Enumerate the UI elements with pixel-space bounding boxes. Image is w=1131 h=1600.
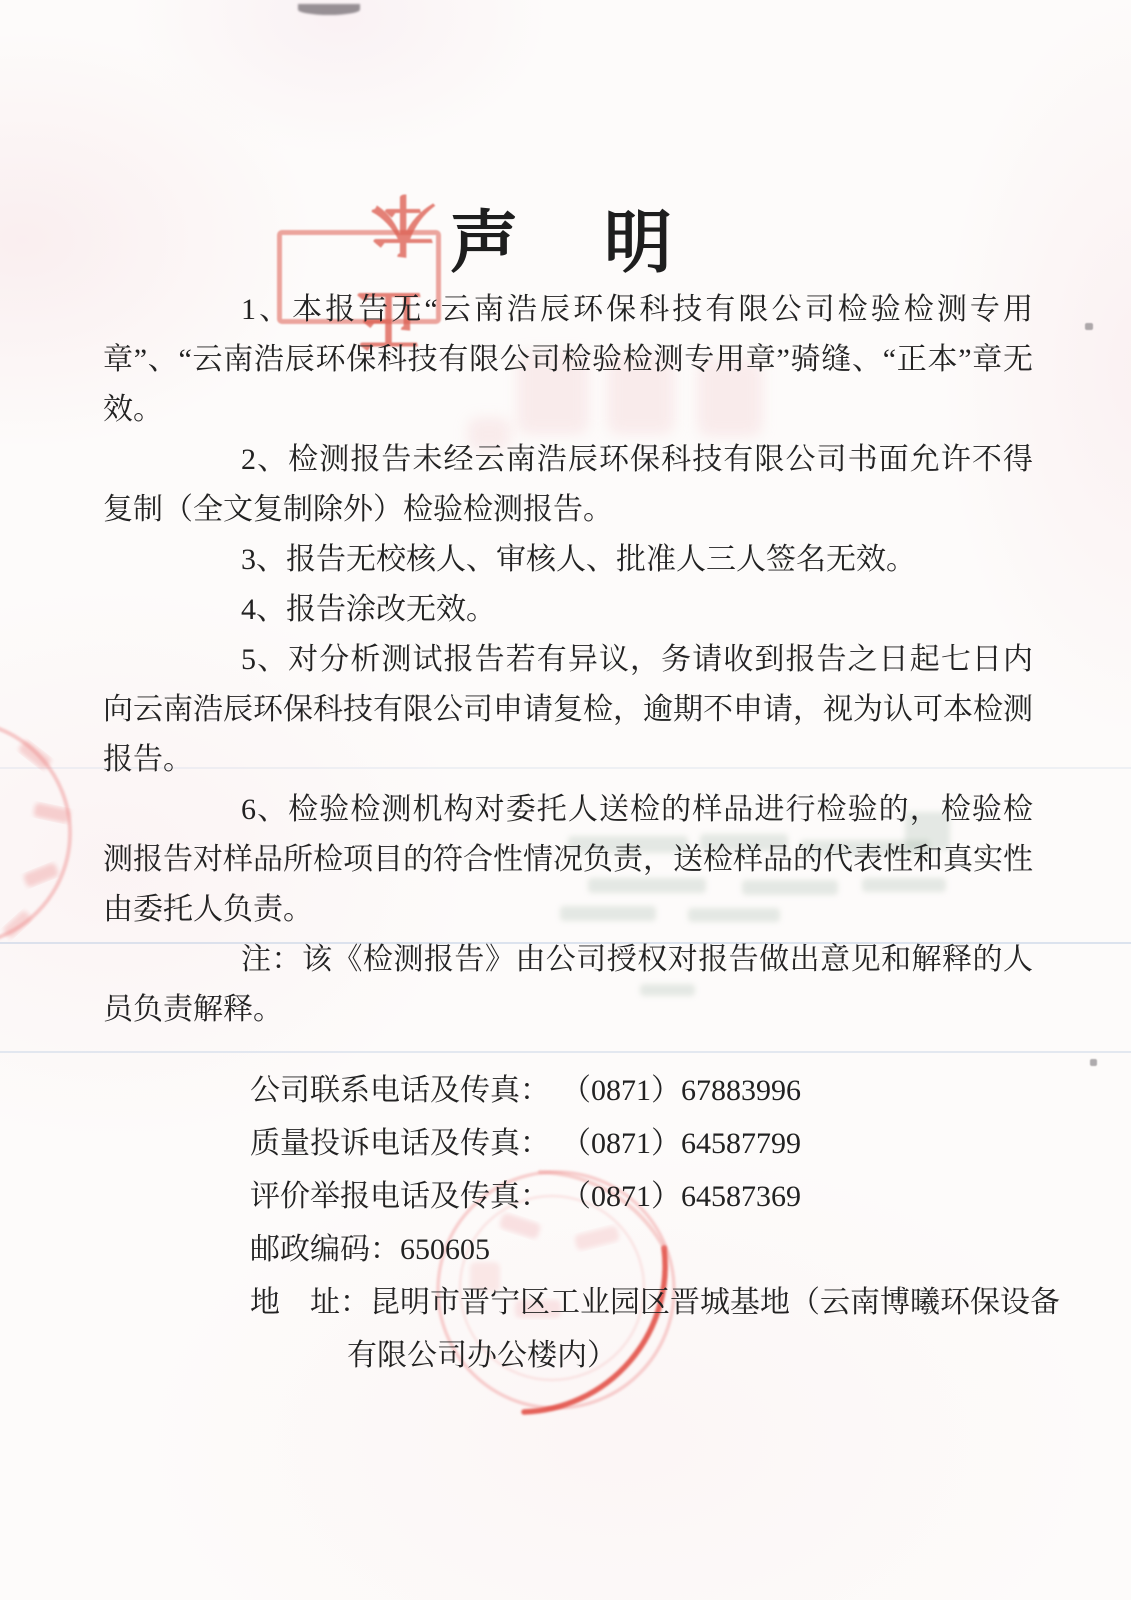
contact-row-quality-complaint-phone: 质量投诉电话及传真：（0871）64587799: [250, 1117, 1050, 1170]
paragraph-1: 1、本报告无“云南浩辰环保科技有限公司检验检测专用章”、“云南浩辰环保科技有限公…: [103, 285, 1033, 435]
paragraph-5: 5、对分析测试报告若有异议，务请收到报告之日起七日内向云南浩辰环保科技有限公司申…: [103, 635, 1033, 785]
contact-row-address-line2: 有限公司办公楼内）: [250, 1329, 1050, 1382]
contact-row-postal-code: 邮政编码：650605: [250, 1223, 1050, 1276]
contact-info: 公司联系电话及传真：（0871）67883996 质量投诉电话及传真：（0871…: [250, 1064, 1050, 1382]
paragraph-6: 6、检验检测机构对委托人送检的样品进行检验的，检验检测报告对样品所检项目的符合性…: [103, 785, 1033, 935]
paragraph-3: 3、报告无校核人、审核人、批准人三人签名无效。: [103, 535, 1033, 585]
contact-value: 昆明市晋宁区工业园区晋城基地（云南博曦环保设备: [370, 1286, 1060, 1319]
contact-value: （0871）64587799: [576, 1127, 801, 1160]
contact-label: 质量投诉电话及传真：: [250, 1127, 550, 1160]
declaration-body: 1、本报告无“云南浩辰环保科技有限公司检验检测专用章”、“云南浩辰环保科技有限公…: [103, 285, 1033, 1035]
paragraph-2: 2、检测报告未经云南浩辰环保科技有限公司书面允许不得复制（全文复制除外）检验检测…: [103, 435, 1033, 535]
contact-value: 有限公司办公楼内）: [347, 1339, 617, 1372]
contact-label: 公司联系电话及传真：: [250, 1074, 550, 1107]
contact-value: （0871）64587369: [576, 1180, 801, 1213]
scanned-declaration-page: 正本 声 明 1、本报告无“云南浩辰环保科技有限公司检验检测专用章”、“云南浩辰…: [0, 0, 1131, 1600]
contact-value: 650605: [400, 1233, 490, 1266]
scan-line: [0, 1051, 1131, 1053]
contact-label: 地 址：: [250, 1286, 370, 1319]
contact-row-report-phone: 评价举报电话及传真：（0871）64587369: [250, 1170, 1050, 1223]
contact-label: 评价举报电话及传真：: [250, 1180, 550, 1213]
paragraph-note: 注：该《检测报告》由公司授权对报告做出意见和解释的人员负责解释。: [103, 935, 1033, 1035]
paragraph-4: 4、报告涂改无效。: [103, 585, 1033, 635]
left-edge-seal: [0, 721, 71, 945]
page-title: 声 明: [0, 203, 1131, 283]
scan-speck: [1085, 323, 1093, 330]
scan-speck: [1090, 1059, 1097, 1066]
contact-row-address-line1: 地 址：昆明市晋宁区工业园区晋城基地（云南博曦环保设备: [250, 1276, 1050, 1329]
scan-artifact-crescent: [298, 4, 360, 15]
contact-value: （0871）67883996: [576, 1074, 801, 1107]
contact-label: 邮政编码：: [250, 1233, 400, 1266]
contact-row-company-phone: 公司联系电话及传真：（0871）67883996: [250, 1064, 1050, 1117]
